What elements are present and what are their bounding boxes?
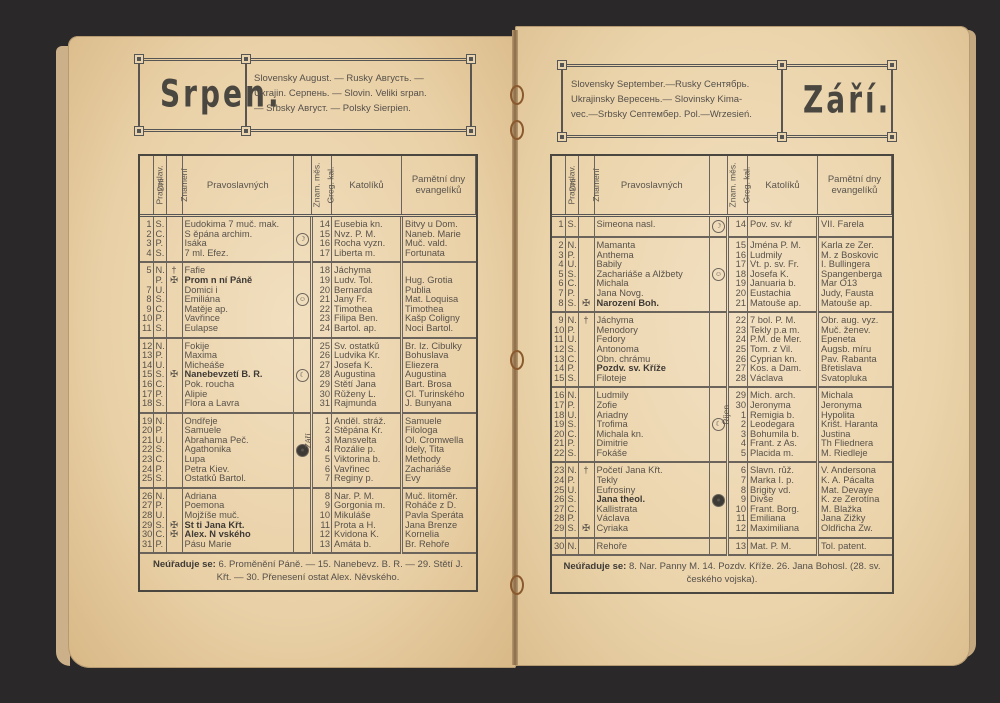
cell-katoliku: Slavn. růž. xyxy=(750,466,814,476)
cell-katoliku: Anděl. stráž. xyxy=(334,417,398,427)
cell-evangeliku: Ol. Cromwella xyxy=(405,436,474,446)
cell-katoliku: Nar. P. M. xyxy=(334,492,398,502)
cell-pravoslavnych: Poemona xyxy=(185,501,292,511)
cell-dow: P. xyxy=(156,239,164,249)
cell-evangeliku: Hug. Grotia xyxy=(405,276,474,286)
cell-katoliku: Gorgonia m. xyxy=(334,501,398,511)
cell-evangeliku: Pavla Šperáta xyxy=(405,511,474,521)
cell-katoliku: Cyprian kn. xyxy=(750,355,814,365)
cell-pravoslavnych: Jana theol. xyxy=(597,495,708,505)
cell-day: 1 xyxy=(142,220,152,230)
feast-sign-icon: † xyxy=(581,316,592,326)
feast-sign-icon xyxy=(169,239,180,249)
cell-pravoslavnych: 7 ml. Efez. xyxy=(185,249,292,259)
cell-dow: S. xyxy=(156,295,164,305)
cell-greg: 1 xyxy=(315,417,330,427)
cell-greg: 8 xyxy=(731,486,746,496)
cell-katoliku: Kos. a Dam. xyxy=(750,364,814,374)
cell-greg: 23 xyxy=(731,326,746,336)
cell-pravoslavnych: Alipie xyxy=(185,390,292,400)
cell-dow: S. xyxy=(568,495,576,505)
cell-evangeliku: Spangenberga xyxy=(821,270,890,280)
cell-day: 7 xyxy=(554,289,564,299)
cell-dow: Č. xyxy=(568,355,576,365)
cell-katoliku: 7 bol. P. M. xyxy=(750,316,814,326)
cell-greg: 26 xyxy=(731,355,746,365)
cell-katoliku: Frant. Borg. xyxy=(750,505,814,515)
calendar-grid: Pravoslav.DniZnameníPravoslavnýchZnam. m… xyxy=(140,156,476,554)
cell-pravoslavnych: Žofie xyxy=(597,401,708,411)
feast-sign-icon xyxy=(581,241,592,251)
corner-ornament xyxy=(466,54,476,64)
cell-pravoslavnych: Micheáše xyxy=(185,361,292,371)
cell-greg: 2 xyxy=(731,420,746,430)
cell-greg: 31 xyxy=(315,399,330,409)
cell-dow: Ú. xyxy=(568,335,576,345)
feast-sign-icon xyxy=(581,401,592,411)
feast-sign-icon xyxy=(581,335,592,345)
week-group: 262728293031N.P.Ú.S.Č.P.✠✠AdrianaPoemona… xyxy=(140,488,476,554)
moon-phase-first-quarter-icon: ☽ xyxy=(296,233,309,246)
column-header-pravoslav: Pravoslav. xyxy=(552,156,565,216)
cell-pravoslavnych: Početí Jana Křt. xyxy=(597,466,708,476)
cell-day: 7 xyxy=(142,286,152,296)
cell-day: 4 xyxy=(554,260,564,270)
cell-evangeliku: Fortunata xyxy=(405,249,474,259)
cell-pravoslavnych: Adriana xyxy=(185,492,292,502)
cell-pravoslavnych: Eulapse xyxy=(185,324,292,334)
cell-evangeliku: Zachariáše xyxy=(405,465,474,475)
cell-dow: P. xyxy=(156,426,164,436)
cell-katoliku: Jáchyma xyxy=(334,266,398,276)
cell-greg: 16 xyxy=(315,239,330,249)
cell-dow: S. xyxy=(156,220,164,230)
feast-sign-icon xyxy=(169,286,180,296)
cell-dow: C. xyxy=(156,305,164,315)
cell-katoliku: Bartol. ap. xyxy=(334,324,398,334)
cell-pravoslavnych: Samuele xyxy=(185,426,292,436)
cell-katoliku: Augustina xyxy=(334,370,398,380)
feast-sign-icon xyxy=(169,465,180,475)
cell-pravoslavnych: Š ěpána archim. xyxy=(185,230,292,240)
cell-greg: 9 xyxy=(315,501,330,511)
cell-pravoslavnych: Mamanta xyxy=(597,241,708,251)
cell-greg: 26 xyxy=(315,351,330,361)
cell-dow: P. xyxy=(156,390,164,400)
cell-katoliku: Kvidona K. xyxy=(334,530,398,540)
corner-ornament xyxy=(241,54,251,64)
cell-katoliku: Mansvelta xyxy=(334,436,398,446)
cell-day: 20 xyxy=(142,426,152,436)
cell-greg: 11 xyxy=(731,514,746,524)
feast-sign-icon xyxy=(169,230,180,240)
cell-greg: 15 xyxy=(315,230,330,240)
cell-dow: Ú. xyxy=(156,436,164,446)
cell-dow: P. xyxy=(156,276,164,286)
cell-greg: 22 xyxy=(731,316,746,326)
cell-day: 22 xyxy=(142,445,152,455)
cell-greg: 29 xyxy=(315,380,330,390)
cell-pravoslavnych: Emiliána xyxy=(185,295,292,305)
cell-dow: Č. xyxy=(568,505,576,515)
cell-day: 8 xyxy=(142,295,152,305)
cell-greg: 21 xyxy=(731,299,746,309)
cell-pravoslavnych: Alex. N vského xyxy=(185,530,292,540)
cell-greg: 7 xyxy=(731,476,746,486)
corner-ornament xyxy=(466,126,476,136)
corner-ornament xyxy=(557,60,567,70)
cell-dow: S. xyxy=(568,420,576,430)
cell-evangeliku: Eliezera xyxy=(405,361,474,371)
cell-dow: S. xyxy=(156,474,164,484)
footnote-text: 6. Proměnění Páně. — 15. Nanebevz. B. R.… xyxy=(217,559,463,583)
cell-evangeliku: Pav. Rabanta xyxy=(821,355,890,365)
cell-evangeliku: Jana Brenze xyxy=(405,521,474,531)
feast-sign-icon xyxy=(169,426,180,436)
cell-pravoslavnych: Cyriaka xyxy=(597,524,708,534)
cell-day: 29 xyxy=(142,521,152,531)
feast-sign-icon: ✠ xyxy=(169,276,180,286)
month-names-translations: Slovensky August. — Rusky Августь. — Ukr… xyxy=(254,71,466,116)
cell-greg: 25 xyxy=(315,342,330,352)
cell-evangeliku: Krišt. Haranta xyxy=(821,420,890,430)
feast-sign-icon xyxy=(581,542,592,552)
cell-katoliku: Ludv. Tol. xyxy=(334,276,398,286)
cell-katoliku: Emiliana xyxy=(750,514,814,524)
cell-day: 20 xyxy=(554,430,564,440)
cell-day: 1 xyxy=(554,220,564,230)
cell-day: 2 xyxy=(554,241,564,251)
cell-katoliku: Pov. sv. kř xyxy=(750,220,814,230)
cell-day: 13 xyxy=(142,351,152,361)
month-name-line: Ukrajin. Серпень. — Slovin. Veliki srpan… xyxy=(254,86,466,101)
cell-day: 15 xyxy=(554,374,564,384)
cell-pravoslavnych: Tekly xyxy=(597,476,708,486)
cell-katoliku: Leodegara xyxy=(750,420,814,430)
binding-stitch xyxy=(510,350,524,370)
cell-day: 5 xyxy=(142,266,152,276)
cell-day: 23 xyxy=(142,455,152,465)
week-group: 2345678N.P.Ú.S.Č.P.S.✠MamantaAnthemaBabi… xyxy=(552,237,892,312)
cell-day: 6 xyxy=(554,279,564,289)
column-header-znameni: Znamení xyxy=(578,156,594,216)
cell-day: 16 xyxy=(142,380,152,390)
cell-dow: C. xyxy=(156,455,164,465)
cell-katoliku: Bernarda xyxy=(334,286,398,296)
feast-sign-icon xyxy=(581,514,592,524)
calendar-grid: Pravoslav.DniZnameníPravoslavnýchZnam. m… xyxy=(552,156,892,556)
cell-day: 26 xyxy=(142,492,152,502)
feast-sign-icon xyxy=(169,351,180,361)
cell-dow: N. xyxy=(568,316,576,326)
cell-pravoslavnych: Filoteje xyxy=(597,374,708,384)
footnote-label: Neúřaduje se: xyxy=(564,561,627,572)
cell-evangeliku: Muč. litoměr. xyxy=(405,492,474,502)
cell-greg: 30 xyxy=(315,390,330,400)
cell-greg: 29 xyxy=(731,391,746,401)
corner-ornament xyxy=(777,60,787,70)
cell-pravoslavnych: Menodory xyxy=(597,326,708,336)
cell-katoliku: Nvz. P. M. xyxy=(334,230,398,240)
feast-sign-icon xyxy=(169,390,180,400)
feast-sign-icon: ✠ xyxy=(169,370,180,380)
cell-evangeliku: Kornelia xyxy=(405,530,474,540)
header-row: Pravoslav.DniZnameníPravoslavnýchZnam. m… xyxy=(140,156,476,216)
cell-katoliku: Eusebia kn. xyxy=(334,220,398,230)
cell-dow: P. xyxy=(156,314,164,324)
cell-pravoslavnych: Zachariáše a Alžbety xyxy=(597,270,708,280)
cell-evangeliku: Publia xyxy=(405,286,474,296)
feast-sign-icon xyxy=(169,361,180,371)
cell-greg: 30 xyxy=(731,401,746,411)
cell-katoliku: Rocha vyzn. xyxy=(334,239,398,249)
feast-sign-icon: ✠ xyxy=(169,521,180,531)
cell-katoliku: Liberta m. xyxy=(334,249,398,259)
next-month-label: Říjen xyxy=(722,405,732,425)
feast-sign-icon xyxy=(581,326,592,336)
cell-dow: P. xyxy=(156,501,164,511)
cell-pravoslavnych: Vavřince xyxy=(185,314,292,324)
cell-katoliku: Rozálie p. xyxy=(334,445,398,455)
feast-sign-icon xyxy=(581,430,592,440)
feast-sign-icon xyxy=(581,449,592,459)
corner-ornament xyxy=(134,126,144,136)
cell-day: 25 xyxy=(554,486,564,496)
cell-pravoslavnych: Anthema xyxy=(597,251,708,261)
cell-pravoslavnych: Fokije xyxy=(185,342,292,352)
cell-greg: 19 xyxy=(315,276,330,286)
cell-greg: 10 xyxy=(315,511,330,521)
footnote-label: Neúřaduje se: xyxy=(153,559,216,570)
cell-dow: S. xyxy=(568,299,576,309)
cell-greg: 21 xyxy=(315,295,330,305)
august-calendar-table: Pravoslav.DniZnameníPravoslavnýchZnam. m… xyxy=(138,154,478,592)
cell-dow: S. xyxy=(568,270,576,280)
cell-day: 3 xyxy=(142,239,152,249)
cell-pravoslavnych: Václava xyxy=(597,514,708,524)
cell-pravoslavnych: Domici i xyxy=(185,286,292,296)
cell-evangeliku: Augustina xyxy=(405,370,474,380)
cell-dow: S. xyxy=(568,524,576,534)
cell-pravoslavnych: Petra Kiev. xyxy=(185,465,292,475)
feast-sign-icon xyxy=(581,420,592,430)
cell-evangeliku: Cl. Turinského xyxy=(405,390,474,400)
cell-pravoslavnych: Matěje ap. xyxy=(185,305,292,315)
cell-greg: 23 xyxy=(315,314,330,324)
cell-greg: 17 xyxy=(315,249,330,259)
feast-sign-icon: ✠ xyxy=(169,530,180,540)
cell-greg: 6 xyxy=(731,466,746,476)
feast-sign-icon xyxy=(581,279,592,289)
cell-day: 19 xyxy=(554,420,564,430)
cell-greg: 14 xyxy=(315,220,330,230)
cell-katoliku: P.M. de Mer. xyxy=(750,335,814,345)
feast-sign-icon xyxy=(581,439,592,449)
cell-katoliku: Viktorina b. xyxy=(334,455,398,465)
cell-pravoslavnych: Antonoma xyxy=(597,345,708,355)
feast-sign-icon xyxy=(169,305,180,315)
cell-pravoslavnych: Nanebevzetí B. R. xyxy=(185,370,292,380)
cell-katoliku: Frant. z As. xyxy=(750,439,814,449)
cell-pravoslavnych: Pásu Marie xyxy=(185,540,292,550)
cell-greg: 4 xyxy=(315,445,330,455)
column-header-evangeliku: Pamětní dny evangelíků xyxy=(402,156,476,216)
footnote-text: 8. Nar. Panny M. 14. Pozdv. Kříže. 26. J… xyxy=(629,561,881,585)
feast-sign-icon xyxy=(169,249,180,259)
cell-dow: Ú. xyxy=(568,260,576,270)
week-group: 57891011N.P.Ú.S.C.P.S.†✠FafieProm n ní P… xyxy=(140,262,476,337)
corner-ornament xyxy=(134,54,144,64)
cell-katoliku: Filipa Ben. xyxy=(334,314,398,324)
cell-evangeliku: J. Bunyana xyxy=(405,399,474,409)
cell-greg: 8 xyxy=(315,492,330,502)
cell-day: 23 xyxy=(554,466,564,476)
feast-sign-icon xyxy=(581,505,592,515)
cell-greg: 5 xyxy=(315,455,330,465)
cell-evangeliku: Bohuslava xyxy=(405,351,474,361)
cell-greg: 12 xyxy=(315,530,330,540)
cell-greg: 3 xyxy=(731,430,746,440)
feast-sign-icon xyxy=(581,355,592,365)
cell-pravoslavnych: Michala xyxy=(597,279,708,289)
cell-pravoslavnych: Ondřeje xyxy=(185,417,292,427)
cell-katoliku: Maximiliana xyxy=(750,524,814,534)
moon-phase-full-icon: ☺ xyxy=(296,293,309,306)
feast-sign-icon xyxy=(169,380,180,390)
cell-katoliku: Tekly p.a m. xyxy=(750,326,814,336)
cell-katoliku: Tom. z Vil. xyxy=(750,345,814,355)
cell-evangeliku: Augsb. míru xyxy=(821,345,890,355)
cell-dow: P. xyxy=(568,401,576,411)
cell-greg: 24 xyxy=(315,324,330,334)
cell-day: 30 xyxy=(142,530,152,540)
week-group: 19202122232425N.P.Ú.S.C.P.S.OndřejeSamue… xyxy=(140,413,476,488)
cell-evangeliku: Jana Žižky xyxy=(821,514,890,524)
cell-greg: 9 xyxy=(731,495,746,505)
cell-dow: C. xyxy=(568,430,576,440)
cell-greg: 20 xyxy=(315,286,330,296)
open-calendar-book: Srpen. Slovensky August. — Rusky Августь… xyxy=(0,0,1000,703)
cell-evangeliku: Br. Řehoře xyxy=(405,540,474,550)
cell-day: 19 xyxy=(142,417,152,427)
cell-katoliku: Stětí Jana xyxy=(334,380,398,390)
column-header-evangeliku: Pamětní dny evangelíků xyxy=(818,156,892,216)
cell-dow: C. xyxy=(156,380,164,390)
cell-pravoslavnych: Kallistrata xyxy=(597,505,708,515)
cell-greg: 17 xyxy=(731,260,746,270)
cell-day xyxy=(142,276,152,286)
cell-greg: 24 xyxy=(731,335,746,345)
cell-evangeliku: Tol. patent. xyxy=(821,542,890,552)
cell-dow: N. xyxy=(568,391,576,401)
cell-pravoslavnych: Fokáše xyxy=(597,449,708,459)
august-header-box: Srpen. Slovensky August. — Rusky Августь… xyxy=(140,58,470,132)
column-header-znam-mes: Znam. měs. xyxy=(710,156,728,216)
cell-dow: N. xyxy=(156,342,164,352)
cell-katoliku: Jména P. M. xyxy=(750,241,814,251)
cell-greg: 13 xyxy=(731,542,746,552)
cell-pravoslavnych: Ariadny xyxy=(597,411,708,421)
cell-pravoslavnych: Isáka xyxy=(185,239,292,249)
september-header-box: Slovensky September.—Rusky Сентябрь. Ukr… xyxy=(563,64,891,138)
cell-katoliku: Růženy L. xyxy=(334,390,398,400)
feast-sign-icon xyxy=(169,511,180,521)
cell-day: 3 xyxy=(554,251,564,261)
cell-evangeliku: K. A. Pácalta xyxy=(821,476,890,486)
cell-katoliku: Štěpána Kr. xyxy=(334,426,398,436)
cell-evangeliku: Judy, Fausta xyxy=(821,289,890,299)
cell-evangeliku: Noci Bartol. xyxy=(405,324,474,334)
cell-greg: 27 xyxy=(315,361,330,371)
cell-day: 27 xyxy=(554,505,564,515)
cell-dow: S. xyxy=(156,324,164,334)
feast-sign-icon xyxy=(169,501,180,511)
cell-katoliku: Vt. p. sv. Fr. xyxy=(750,260,814,270)
cell-katoliku: Václava xyxy=(750,374,814,384)
week-group: 23242526272829N.P.Ú.S.Č.P.S.†✠Početí Jan… xyxy=(552,462,892,537)
month-name-line: Slovensky September.—Rusky Сентябрь. xyxy=(571,77,777,92)
holiday-footnote: Neúřaduje se: 8. Nar. Panny M. 14. Pozdv… xyxy=(552,556,892,592)
month-name-line: — Srbsky Август. — Polsky Sierpien. xyxy=(254,101,466,116)
cell-day: 22 xyxy=(554,449,564,459)
cell-katoliku: Ludvika Kr. xyxy=(334,351,398,361)
month-name-line: Slovensky August. — Rusky Августь. — xyxy=(254,71,466,86)
cell-day: 24 xyxy=(554,476,564,486)
cell-dow: P. xyxy=(568,514,576,524)
feast-sign-icon xyxy=(581,260,592,270)
cell-dow: N. xyxy=(156,266,164,276)
cell-greg: 18 xyxy=(315,266,330,276)
cell-day: 16 xyxy=(554,391,564,401)
cell-day: 29 xyxy=(554,524,564,534)
feast-sign-icon: ✠ xyxy=(581,299,592,309)
september-calendar-table: Pravoslav.DniZnameníPravoslavnýchZnam. m… xyxy=(550,154,894,594)
cell-dow: S. xyxy=(568,449,576,459)
feast-sign-icon xyxy=(169,220,180,230)
cell-greg: 15 xyxy=(731,241,746,251)
cell-day: 13 xyxy=(554,355,564,365)
cell-pravoslavnych: Babily xyxy=(597,260,708,270)
cell-pravoslavnych: Eufrosiny xyxy=(597,486,708,496)
cell-evangeliku: Mar O13 xyxy=(821,279,890,289)
cell-day: 4 xyxy=(142,249,152,259)
cell-evangeliku: Karla ze Žer. xyxy=(821,241,890,251)
cell-katoliku: Amáta b. xyxy=(334,540,398,550)
cell-evangeliku xyxy=(405,266,474,276)
cell-greg: 25 xyxy=(731,345,746,355)
cell-day: 11 xyxy=(142,324,152,334)
cell-pravoslavnych: Simeona nasl. xyxy=(597,220,708,230)
feast-sign-icon xyxy=(169,540,180,550)
week-group: 30N.Řehoře13Mat. P. M.Tol. patent. xyxy=(552,538,892,556)
cell-katoliku: Januaria b. xyxy=(750,279,814,289)
cell-evangeliku: Hypolita xyxy=(821,411,890,421)
cell-greg: 5 xyxy=(731,449,746,459)
cell-dow: Ú. xyxy=(156,511,164,521)
cell-dow: Ú. xyxy=(568,486,576,496)
cell-dow: Ú. xyxy=(156,361,164,371)
cell-evangeliku: Kašp Coligny xyxy=(405,314,474,324)
header-row: Pravoslav.DniZnameníPravoslavnýchZnam. m… xyxy=(552,156,892,216)
feast-sign-icon xyxy=(169,455,180,465)
corner-ornament xyxy=(777,132,787,142)
cell-dow: Ú. xyxy=(156,286,164,296)
cell-day: 12 xyxy=(554,345,564,355)
month-title-september: Září. xyxy=(803,77,891,122)
week-group: 16171819202122N.P.Ú.S.C.P.S.LudmilyŽofie… xyxy=(552,387,892,462)
cell-greg: 14 xyxy=(731,220,746,230)
cell-dow: P. xyxy=(568,439,576,449)
